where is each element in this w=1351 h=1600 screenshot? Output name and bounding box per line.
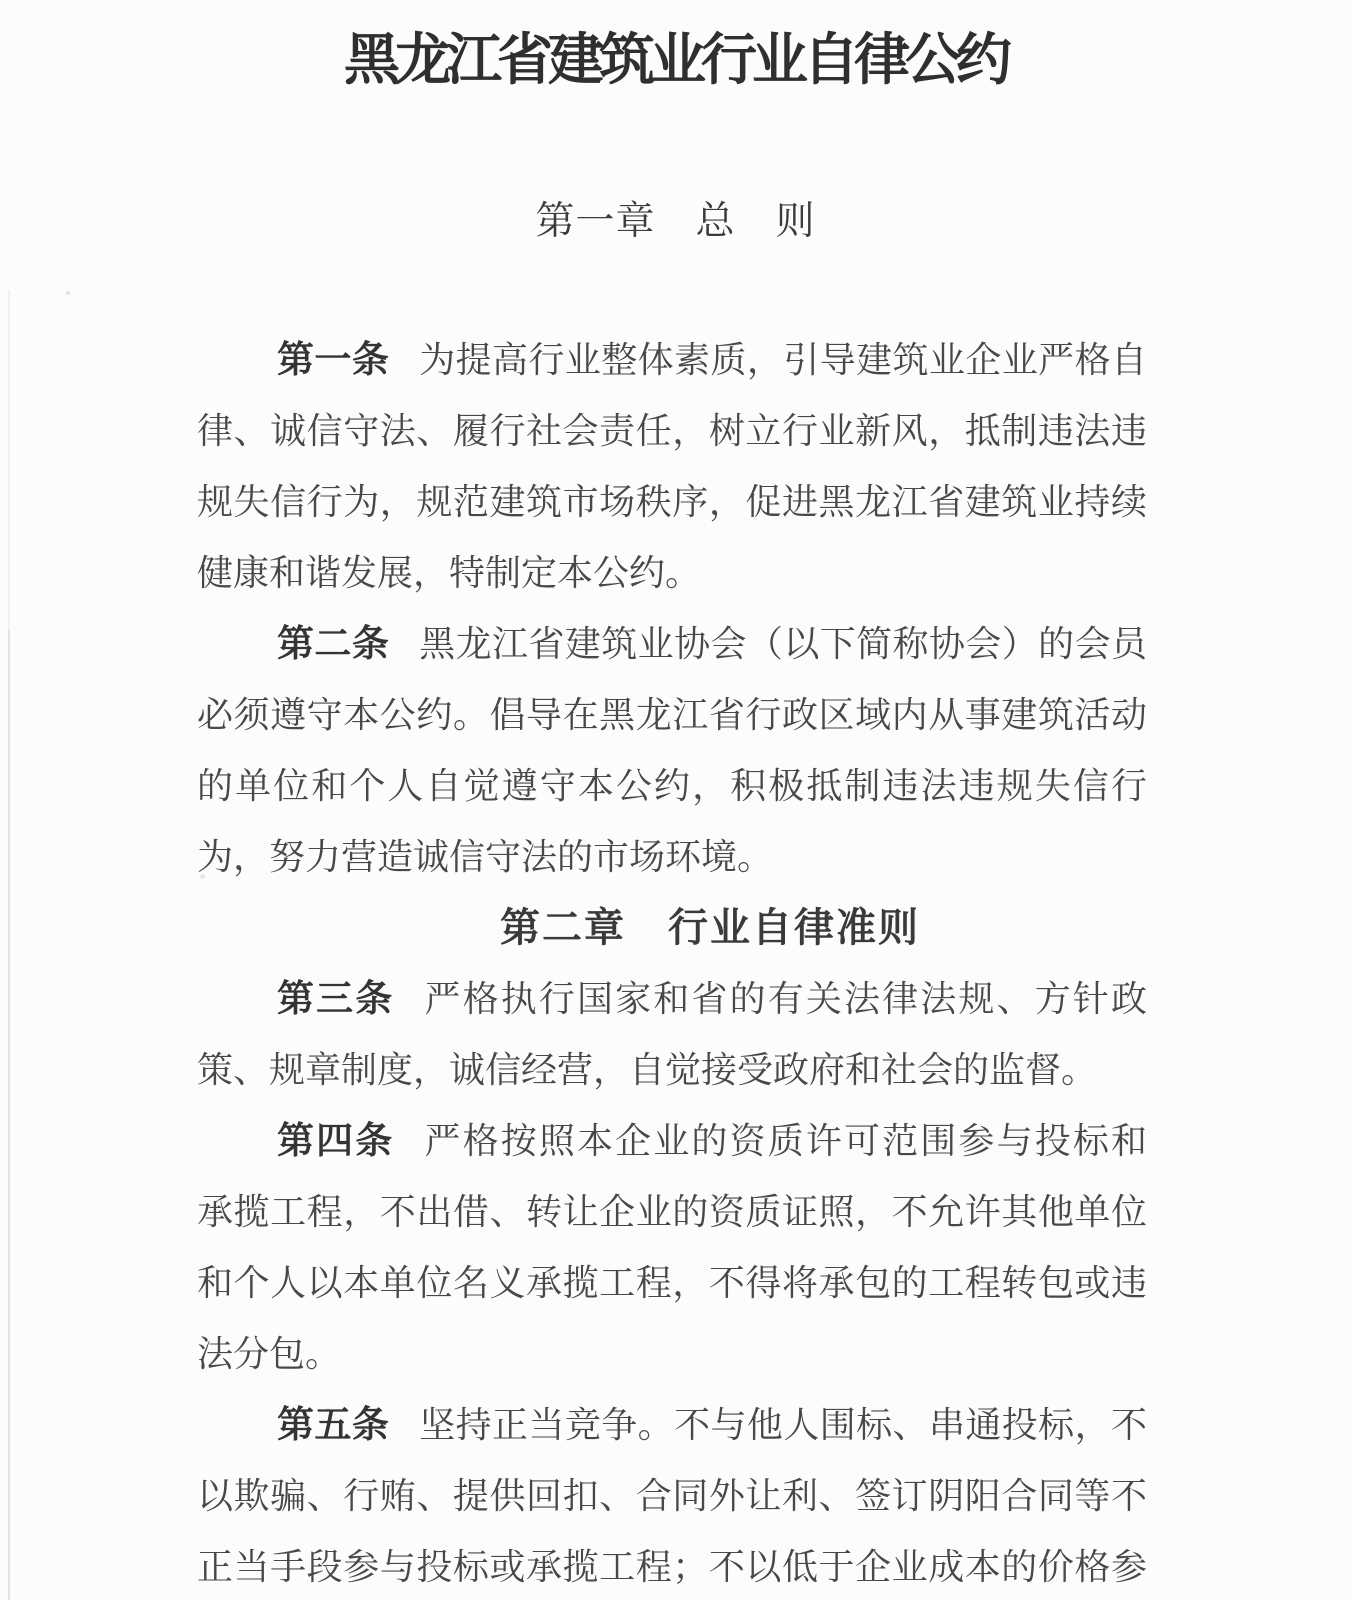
chapter-1-heading: 第一章 总 则 — [0, 190, 1351, 246]
article-2-line-4: 为，努力营造诚信守法的市场环境。 — [197, 822, 1147, 893]
article-1-line-2: 律、诚信守法、履行社会责任，树立行业新风，抵制违法违 — [197, 396, 1147, 467]
article-4-line-2: 承揽工程，不出借、转让企业的资质证照，不允许其他单位 — [197, 1177, 1147, 1248]
article-4-line-3: 和个人以本单位名义承揽工程，不得将承包的工程转包或违 — [197, 1248, 1147, 1319]
article-1: 第一条为提高行业整体素质，引导建筑业企业严格自 律、诚信守法、履行社会责任，树立… — [197, 325, 1147, 609]
article-1-text-1: 为提高行业整体素质，引导建筑业企业严格自 — [419, 340, 1147, 380]
article-5-line-3: 正当手段参与投标或承揽工程；不以低于企业成本的价格参 — [197, 1532, 1147, 1600]
article-1-line-1: 第一条为提高行业整体素质，引导建筑业企业严格自 — [197, 325, 1147, 396]
article-3-text-1: 严格执行国家和省的有关法律法规、方针政 — [424, 979, 1147, 1019]
article-3-label: 第三条 — [277, 979, 394, 1020]
article-5-label: 第五条 — [277, 1405, 389, 1446]
article-2-label: 第二条 — [277, 624, 389, 665]
article-5: 第五条坚持正当竞争。不与他人围标、串通投标，不 以欺骗、行贿、提供回扣、合同外让… — [197, 1390, 1147, 1600]
article-5-line-2: 以欺骗、行贿、提供回扣、合同外让利、签订阴阳合同等不 — [197, 1461, 1147, 1532]
article-3: 第三条严格执行国家和省的有关法律法规、方针政 策、规章制度，诚信经营，自觉接受政… — [197, 964, 1147, 1106]
scan-speck — [66, 291, 70, 295]
article-1-line-3: 规失信行为，规范建筑市场秩序，促进黑龙江省建筑业持续 — [197, 467, 1147, 538]
article-2-line-2: 必须遵守本公约。倡导在黑龙江省行政区域内从事建筑活动 — [197, 680, 1147, 751]
article-5-text-1: 坚持正当竞争。不与他人围标、串通投标，不 — [419, 1405, 1147, 1445]
article-1-label: 第一条 — [277, 340, 389, 381]
article-2-text-1: 黑龙江省建筑业协会（以下简称协会）的会员 — [419, 624, 1147, 664]
article-3-line-2: 策、规章制度，诚信经营，自觉接受政府和社会的监督。 — [197, 1035, 1147, 1106]
scan-edge-line — [8, 290, 10, 630]
article-2-line-3: 的单位和个人自觉遵守本公约，积极抵制违法违规失信行 — [197, 751, 1147, 822]
scan-edge-line — [8, 630, 10, 1600]
document-title: 黑龙江省建筑业行业自律公约 — [0, 16, 1351, 96]
document-body: 第一条为提高行业整体素质，引导建筑业企业严格自 律、诚信守法、履行社会责任，树立… — [197, 325, 1147, 1600]
article-2: 第二条黑龙江省建筑业协会（以下简称协会）的会员 必须遵守本公约。倡导在黑龙江省行… — [197, 609, 1147, 893]
scanned-document-page: 黑龙江省建筑业行业自律公约 第一章 总 则 第一条为提高行业整体素质，引导建筑业… — [0, 0, 1351, 1600]
article-2-line-1: 第二条黑龙江省建筑业协会（以下简称协会）的会员 — [197, 609, 1147, 680]
article-4-line-4: 法分包。 — [197, 1319, 1147, 1390]
article-4-label: 第四条 — [277, 1121, 394, 1162]
article-5-line-1: 第五条坚持正当竞争。不与他人围标、串通投标，不 — [197, 1390, 1147, 1461]
article-4-line-1: 第四条严格按照本企业的资质许可范围参与投标和 — [197, 1106, 1147, 1177]
article-3-line-1: 第三条严格执行国家和省的有关法律法规、方针政 — [197, 964, 1147, 1035]
article-4-text-1: 严格按照本企业的资质许可范围参与投标和 — [424, 1121, 1147, 1161]
article-4: 第四条严格按照本企业的资质许可范围参与投标和 承揽工程，不出借、转让企业的资质证… — [197, 1106, 1147, 1390]
chapter-2-heading: 第二章 行业自律准则 — [235, 893, 1185, 964]
article-1-line-4: 健康和谐发展，特制定本公约。 — [197, 538, 1147, 609]
